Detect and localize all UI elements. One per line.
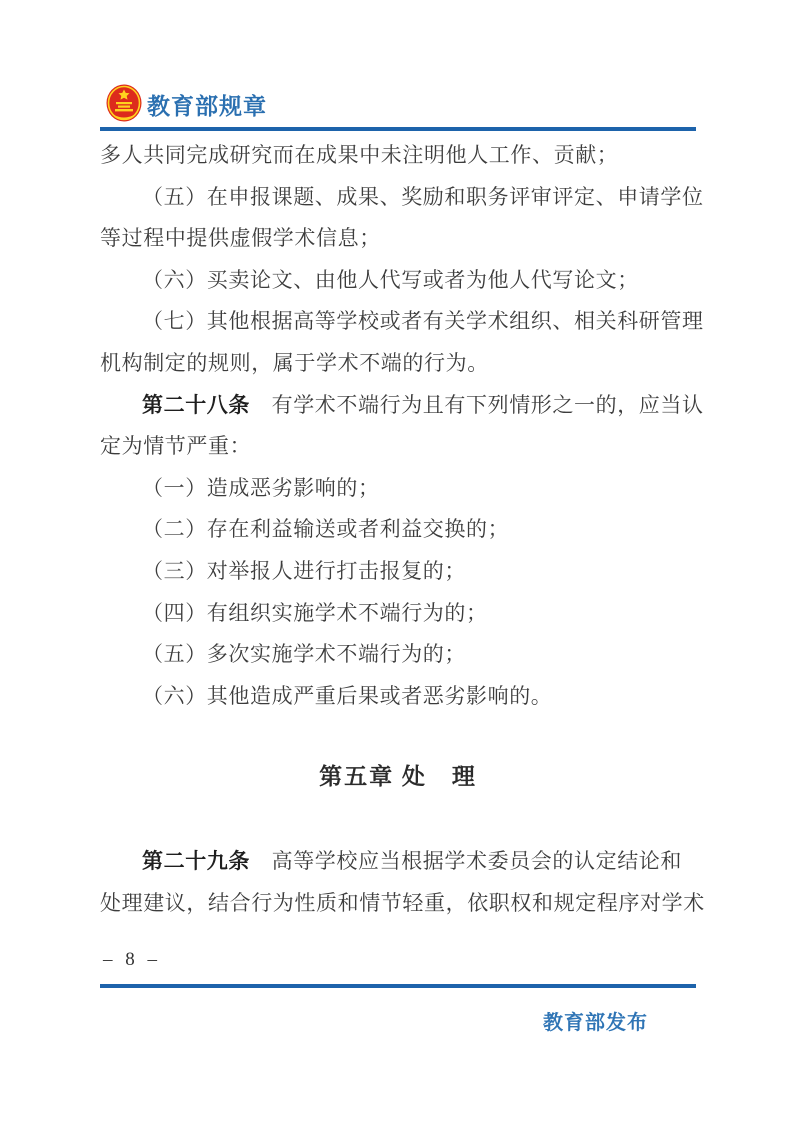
text-line: 定为情节严重： — [100, 426, 720, 468]
china-national-emblem-icon — [106, 84, 142, 122]
footer-rule — [100, 984, 696, 988]
text-line: （二）存在利益输送或者利益交换的； — [100, 509, 720, 551]
text-line: 第二十九条 高等学校应当根据学术委员会的认定结论和 — [100, 841, 720, 883]
publisher-label: 教育部发布 — [543, 1006, 648, 1035]
text-line: 处理建议，结合行为性质和情节轻重，依职权和规定程序对学术 — [100, 883, 720, 925]
text-line: （五）在申报课题、成果、奖励和职务评审评定、申请学位 — [100, 177, 720, 219]
page-number: – 8 – — [103, 949, 161, 971]
text-line: （六）买卖论文、由他人代写或者为他人代写论文； — [100, 260, 720, 302]
text-line: （七）其他根据高等学校或者有关学术组织、相关科研管理 — [100, 301, 720, 343]
header-rule — [100, 127, 696, 131]
text-line: （一）造成恶劣影响的； — [100, 468, 720, 510]
text-line: 第二十八条 有学术不端行为且有下列情形之一的，应当认 — [100, 385, 720, 427]
article-number: 第二十八条 — [142, 393, 250, 417]
chapter-heading: 第五章 处 理 — [100, 756, 696, 798]
article-number: 第二十九条 — [142, 849, 250, 873]
text-line: 机构制定的规则，属于学术不端的行为。 — [100, 343, 720, 385]
document-page: 教育部规章 多人共同完成研究而在成果中未注明他人工作、贡献；（五）在申报课题、成… — [0, 0, 793, 1122]
text-line: （六）其他造成严重后果或者恶劣影响的。 — [100, 676, 720, 718]
text-line: （五）多次实施学术不端行为的； — [100, 634, 720, 676]
text-line: （三）对举报人进行打击报复的； — [100, 551, 720, 593]
text-line: 多人共同完成研究而在成果中未注明他人工作、贡献； — [100, 135, 720, 177]
header-title: 教育部规章 — [147, 88, 267, 121]
text-line: （四）有组织实施学术不端行为的； — [100, 593, 720, 635]
text-line: 等过程中提供虚假学术信息； — [100, 218, 720, 260]
document-body: 多人共同完成研究而在成果中未注明他人工作、贡献；（五）在申报课题、成果、奖励和职… — [100, 135, 720, 925]
